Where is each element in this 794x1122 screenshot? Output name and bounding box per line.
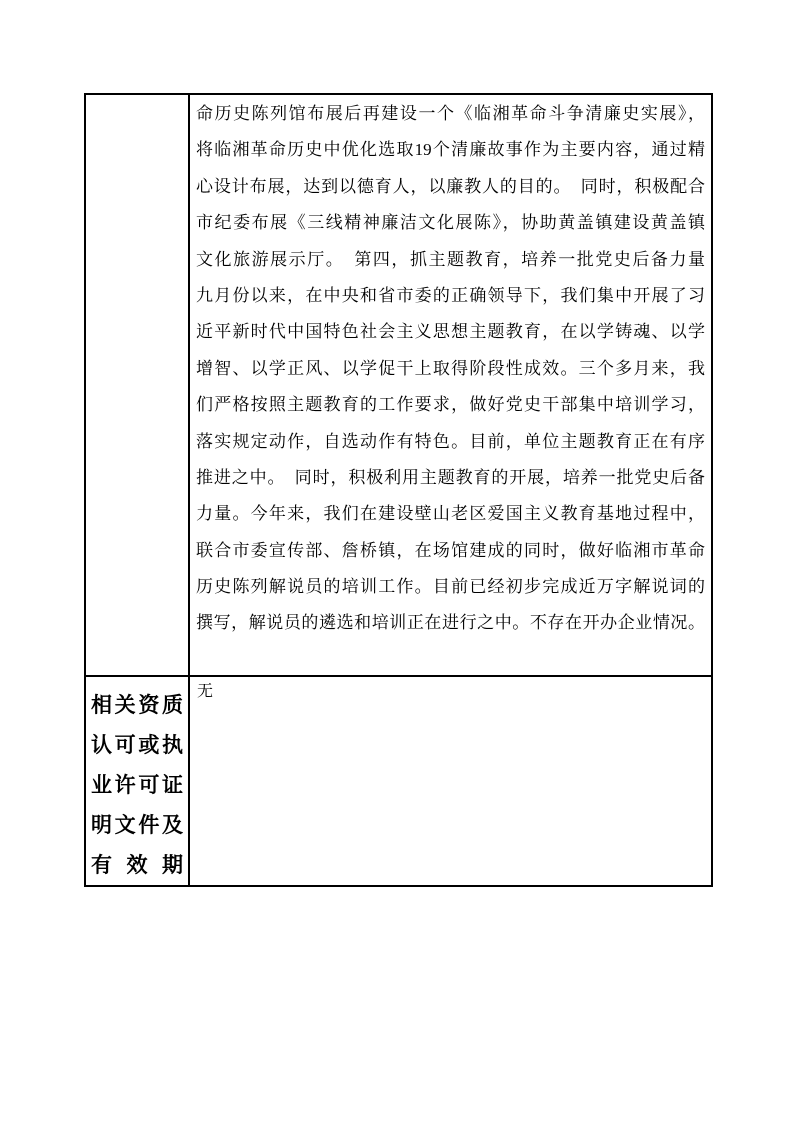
body-text-line: 历史陈列解说员的培训工作。目前已经初步完成近万字解说词的 — [196, 569, 705, 605]
qualification-label-line: 认可或执 — [91, 725, 183, 765]
body-text-line: 们严格按照主题教育的工作要求，做好党史干部集中培训学习， — [196, 387, 705, 423]
body-text-line: 推进之中。 同时，积极利用主题教育的开展，培养一批党史后备 — [196, 460, 705, 496]
table-row-qualification: 相关资质 认可或执 业许可证 明文件及 有效期 无 — [86, 675, 711, 885]
body-text-line: 九月份以来，在中央和省市委的正确领导下，我们集中开展了习 — [196, 278, 705, 314]
qualification-label-cell: 相关资质 认可或执 业许可证 明文件及 有效期 — [86, 677, 190, 885]
qualification-label-line: 有效期 — [91, 845, 183, 885]
body-text-line: 增智、以学正风、以学促干上取得阶段性成效。三个多月来，我 — [196, 351, 705, 387]
continuation-body-cell: 命历史陈列馆布展后再建设一个《临湘革命斗争清廉史实展》， 将临湘革命历史中优化选… — [190, 95, 711, 675]
body-text-line: 撰写，解说员的遴选和培训正在进行之中。不存在开办企业情况。 — [196, 605, 705, 641]
body-text-line: 落实规定动作，自选动作有特色。目前，单位主题教育正在有序 — [196, 424, 705, 460]
body-text-line: 联合市委宣传部、詹桥镇，在场馆建成的同时，做好临湘市革命 — [196, 533, 705, 569]
continuation-label-cell-empty — [86, 95, 190, 675]
body-text-line: 市纪委布展《三线精神廉洁文化展陈》，协助黄盖镇建设黄盖镇 — [196, 205, 705, 241]
body-text-line: 心设计布展，达到以德育人，以廉教人的目的。 同时，积极配合 — [196, 169, 705, 205]
table-row-continuation: 命历史陈列馆布展后再建设一个《临湘革命斗争清廉史实展》， 将临湘革命历史中优化选… — [86, 95, 711, 675]
body-text-line: 将临湘革命历史中优化选取19个清廉故事作为主要内容，通过精 — [196, 132, 705, 168]
document-page: 命历史陈列馆布展后再建设一个《临湘革命斗争清廉史实展》， 将临湘革命历史中优化选… — [0, 0, 794, 1122]
qualification-label-line: 相关资质 — [91, 685, 183, 725]
document-table: 命历史陈列馆布展后再建设一个《临湘革命斗争清廉史实展》， 将临湘革命历史中优化选… — [84, 93, 713, 887]
qualification-value: 无 — [197, 683, 213, 700]
qualification-label-line: 业许可证 — [91, 765, 183, 805]
body-text-line: 力量。今年来，我们在建设壁山老区爱国主义教育基地过程中， — [196, 496, 705, 532]
body-text-line: 命历史陈列馆布展后再建设一个《临湘革命斗争清廉史实展》， — [196, 96, 705, 132]
qualification-label-line: 明文件及 — [91, 805, 183, 845]
qualification-value-cell: 无 — [190, 677, 711, 885]
body-text-line: 文化旅游展示厅。 第四，抓主题教育，培养一批党史后备力量 — [196, 242, 705, 278]
body-text-line: 近平新时代中国特色社会主义思想主题教育，在以学铸魂、以学 — [196, 314, 705, 350]
